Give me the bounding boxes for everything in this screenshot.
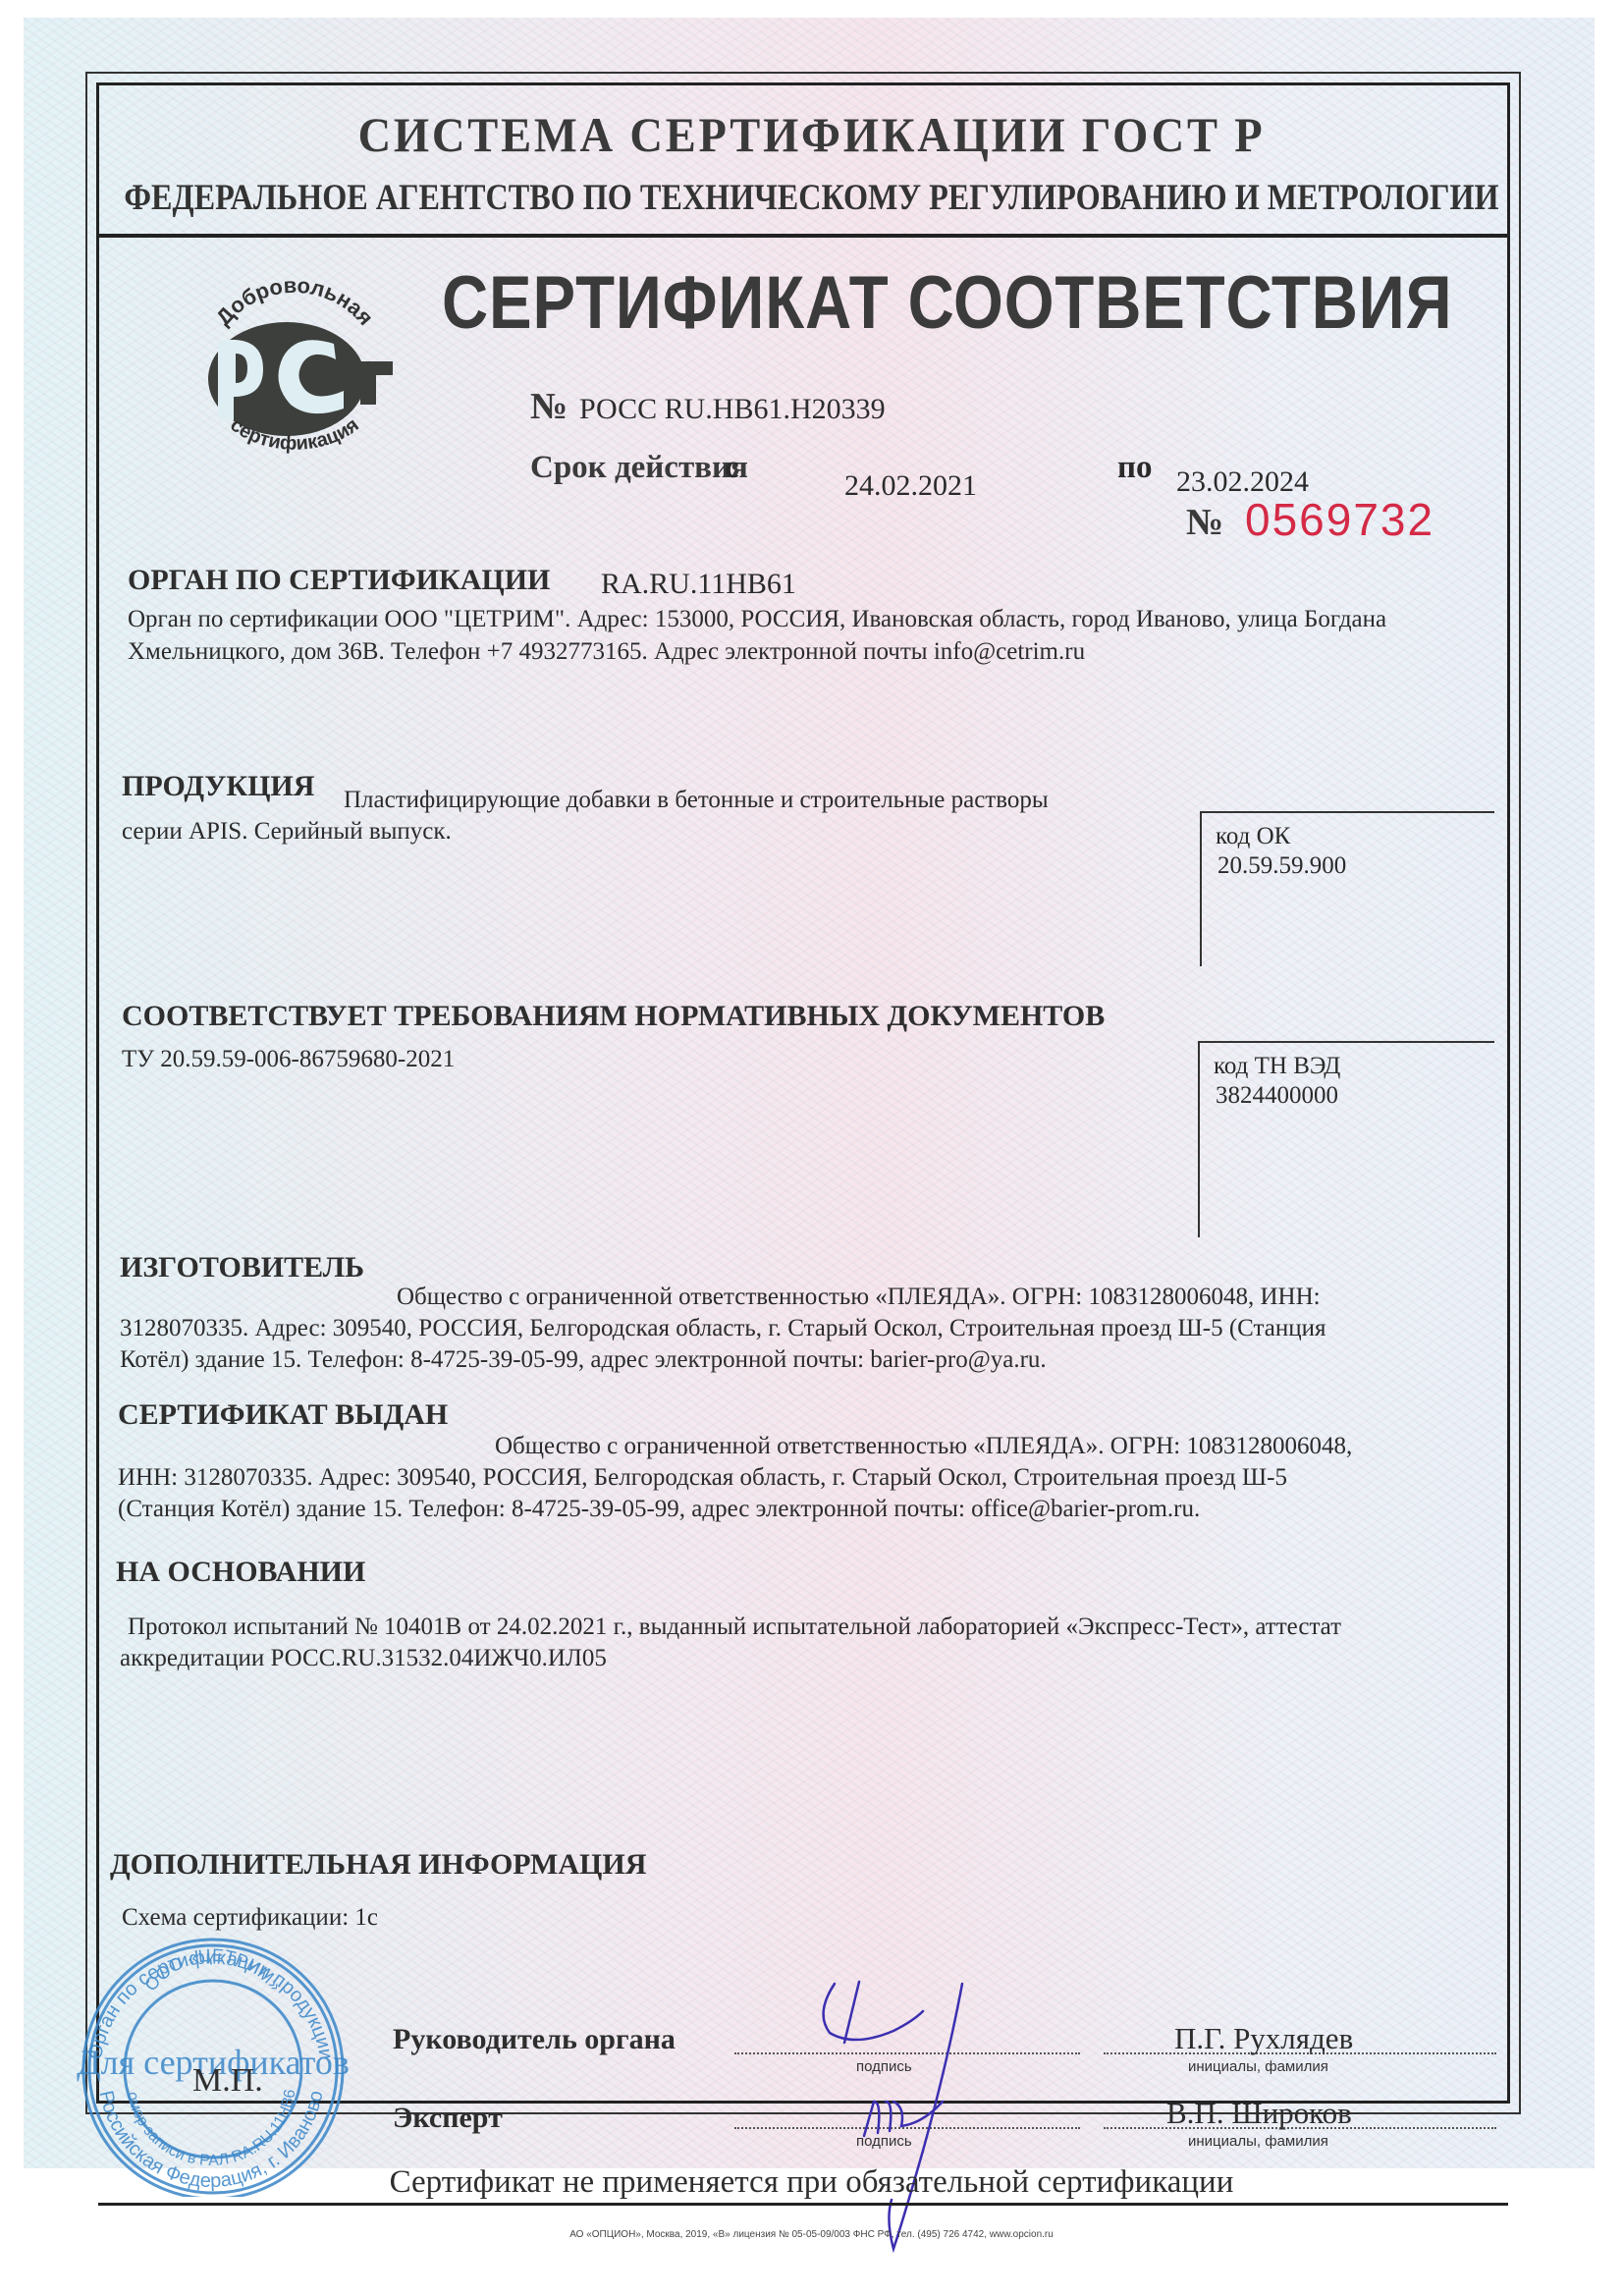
- expert-name-caption: инициалы, фамилия: [1188, 2133, 1328, 2150]
- manufacturer-line-1: Общество с ограниченной ответственностью…: [397, 1281, 1321, 1313]
- product-line-2: серии APIS. Серийный выпуск.: [122, 815, 452, 847]
- system-title: СИСТЕМА СЕРТИФИКАЦИИ ГОСТ Р: [57, 106, 1566, 163]
- handwritten-signature-icon: [776, 1954, 1021, 2269]
- serial-number-label: №: [1186, 501, 1223, 544]
- document-title: СЕРТИФИКАТ СООТВЕТСТВИЯ: [442, 260, 1452, 346]
- seal-placeholder-label: М.П.: [192, 2062, 263, 2100]
- ok-code-value: 20.59.59.900: [1217, 852, 1346, 880]
- rst-voluntary-certification-icon: Добровольная сертификация: [187, 263, 403, 474]
- head-of-body-name: П.Г. Рухлядев: [1174, 2021, 1353, 2056]
- issued-to-line-3: (Станция Котёл) здание 15. Телефон: 8-47…: [118, 1493, 1200, 1525]
- product-line-1: Пластифицирующие добавки в бетонные и ст…: [344, 784, 1049, 816]
- tnved-code-box: код ТН ВЭД 3824400000: [1198, 1041, 1494, 1237]
- head-name-caption: инициалы, фамилия: [1188, 2058, 1328, 2075]
- manufacturer-line-3: Котёл) здание 15. Телефон: 8-4725-39-05-…: [120, 1343, 1047, 1376]
- expert-label: Эксперт: [393, 2102, 503, 2135]
- certification-body-code: RA.RU.11НВ61: [601, 568, 796, 601]
- serial-number: 0569732: [1245, 493, 1434, 546]
- basis-line-2: аккредитации РОСС.RU.31532.04ИЖЧ0.ИЛ05: [120, 1642, 607, 1674]
- manufacturer-heading: ИЗГОТОВИТЕЛЬ: [120, 1251, 364, 1285]
- valid-from-label: с: [725, 450, 739, 486]
- product-heading: ПРОДУКЦИЯ: [122, 770, 314, 803]
- certificate-number: РОСС RU.НВ61.Н20339: [579, 393, 886, 426]
- additional-info-heading: ДОПОЛНИТЕЛЬНАЯ ИНФОРМАЦИЯ: [110, 1848, 646, 1882]
- issued-to-line-2: ИНН: 3128070335. Адрес: 309540, РОССИЯ, …: [118, 1461, 1287, 1494]
- footer-divider: [98, 2203, 1508, 2206]
- expert-name: В.П. Широков: [1166, 2096, 1352, 2131]
- svg-text:Добровольная: Добровольная: [211, 273, 378, 330]
- valid-from-date: 24.02.2021: [844, 469, 977, 503]
- validity-label: Срок действия: [530, 450, 748, 486]
- svg-text:ООО «ЦЕТРИМ»: ООО «ЦЕТРИМ»: [140, 1945, 286, 1995]
- header-divider: [98, 234, 1508, 238]
- manufacturer-line-2: 3128070335. Адрес: 309540, РОССИЯ, Белго…: [120, 1312, 1325, 1344]
- tnved-code-value: 3824400000: [1216, 1082, 1338, 1110]
- issued-to-heading: СЕРТИФИКАТ ВЫДАН: [118, 1398, 448, 1432]
- tnved-code-label: код ТН ВЭД: [1214, 1053, 1340, 1080]
- certification-body-details: Орган по сертификации ООО "ЦЕТРИМ". Адре…: [128, 603, 1483, 668]
- certificate-number-label: №: [530, 385, 568, 428]
- printer-imprint: АО «ОПЦИОН», Москва, 2019, «В» лицензия …: [0, 2229, 1623, 2240]
- conformity-heading: СООТВЕТСТВУЕТ ТРЕБОВАНИЯМ НОРМАТИВНЫХ ДО…: [122, 1000, 1105, 1033]
- head-of-body-label: Руководитель органа: [393, 2023, 676, 2056]
- basis-line-1: Протокол испытаний № 10401В от 24.02.202…: [128, 1611, 1341, 1643]
- valid-to-label: по: [1117, 450, 1153, 486]
- ok-code-box: код ОК 20.59.59.900: [1200, 811, 1494, 966]
- issued-to-line-1: Общество с ограниченной ответственностью…: [495, 1430, 1352, 1462]
- agency-title: ФЕДЕРАЛЬНОЕ АГЕНТСТВО ПО ТЕХНИЧЕСКОМУ РЕ…: [105, 177, 1517, 219]
- certification-body-heading: ОРГАН ПО СЕРТИФИКАЦИИ: [128, 564, 550, 597]
- basis-heading: НА ОСНОВАНИИ: [116, 1556, 365, 1589]
- footer-note: Сертификат не применяется при обязательн…: [0, 2164, 1623, 2201]
- conformity-standard: ТУ 20.59.59-006-86759680-2021: [122, 1043, 455, 1075]
- ok-code-label: код ОК: [1216, 823, 1290, 850]
